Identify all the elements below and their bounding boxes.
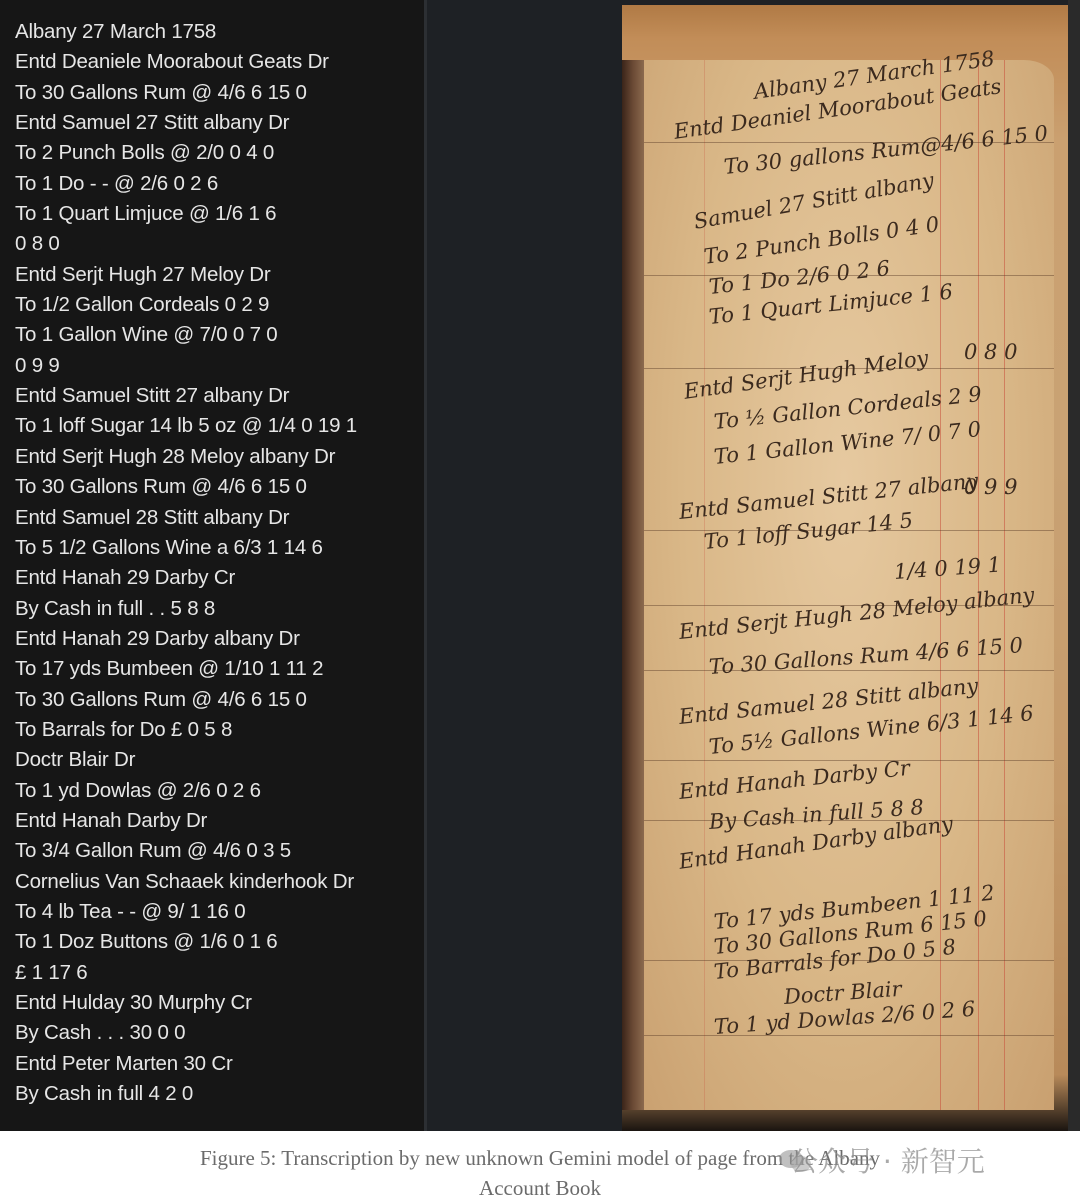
watermark: 公众号 · 新智元 xyxy=(790,1140,985,1180)
ledger-page: Albany 27 March 1758Entd Deaniel Moorabo… xyxy=(634,60,1054,1110)
transcript-line: Cornelius Van Schaaek kinderhook Dr xyxy=(15,867,357,897)
transcript-line: Entd Serjt Hugh 27 Meloy Dr xyxy=(15,260,357,290)
handwritten-line: 1/4 0 19 1 xyxy=(893,553,1002,584)
transcript-line: To 1 Doz Buttons @ 1/6 0 1 6 xyxy=(15,927,357,957)
transcript-line: By Cash . . . 30 0 0 xyxy=(15,1018,357,1048)
transcript-line: To 30 Gallons Rum @ 4/6 6 15 0 xyxy=(15,78,357,108)
transcript-line: Entd Hulday 30 Murphy Cr xyxy=(15,988,357,1018)
transcript-line: To 1 Quart Limjuce @ 1/6 1 6 xyxy=(15,199,357,229)
transcript-line: To 4 lb Tea - - @ 9/ 1 16 0 xyxy=(15,897,357,927)
transcript-line: £ 1 17 6 xyxy=(15,958,357,988)
transcript-line: To 1 yd Dowlas @ 2/6 0 2 6 xyxy=(15,776,357,806)
ledger-divider xyxy=(634,760,1054,761)
transcript-line: 0 8 0 xyxy=(15,229,357,259)
transcription-panel: Albany 27 March 1758Entd Deaniele Moorab… xyxy=(0,0,424,1131)
transcript-line: To 30 Gallons Rum @ 4/6 6 15 0 xyxy=(15,472,357,502)
transcript-line: Entd Samuel 28 Stitt albany Dr xyxy=(15,503,357,533)
handwritten-line: Entd Samuel Stitt 27 albany xyxy=(678,469,980,524)
transcript-line: 0 9 9 xyxy=(15,351,357,381)
transcript-line: Entd Hanah 29 Darby albany Dr xyxy=(15,624,357,654)
panel-divider[interactable] xyxy=(424,0,427,1131)
screenshot-area: Albany 27 March 1758Entd Deaniele Moorab… xyxy=(0,0,1080,1131)
transcript-line: Entd Hanah 29 Darby Cr xyxy=(15,563,357,593)
transcript-line: Albany 27 March 1758 xyxy=(15,17,357,47)
transcript-line: Doctr Blair Dr xyxy=(15,745,357,775)
transcript-line: By Cash in full . . 5 8 8 xyxy=(15,594,357,624)
transcript-line: Entd Deaniele Moorabout Geats Dr xyxy=(15,47,357,77)
handwritten-line: Entd Hanah Darby Cr xyxy=(678,756,911,804)
handwritten-line: 0 8 0 xyxy=(964,340,1017,364)
scrollbar-track[interactable] xyxy=(1068,0,1080,1131)
transcript-line: To 1 loff Sugar 14 lb 5 oz @ 1/4 0 19 1 xyxy=(15,411,357,441)
book-spine xyxy=(622,60,644,1110)
transcript-line: To 2 Punch Bolls @ 2/0 0 4 0 xyxy=(15,138,357,168)
transcript-line: Entd Serjt Hugh 28 Meloy albany Dr xyxy=(15,442,357,472)
handwritten-line: To 30 Gallons Rum 4/6 6 15 0 xyxy=(708,633,1024,679)
handwritten-line: Entd Serjt Hugh 28 Meloy albany xyxy=(678,583,1036,644)
transcript-line: To 3/4 Gallon Rum @ 4/6 0 3 5 xyxy=(15,836,357,866)
manuscript-photo: Albany 27 March 1758Entd Deaniel Moorabo… xyxy=(622,5,1069,1131)
transcript-line: Entd Peter Marten 30 Cr xyxy=(15,1049,357,1079)
transcript-line: To 1 Gallon Wine @ 7/0 0 7 0 xyxy=(15,320,357,350)
transcript-line: To 17 yds Bumbeen @ 1/10 1 11 2 xyxy=(15,654,357,684)
transcription-text: Albany 27 March 1758Entd Deaniele Moorab… xyxy=(15,17,357,1109)
transcript-line: To 1/2 Gallon Cordeals 0 2 9 xyxy=(15,290,357,320)
ledger-rule xyxy=(978,60,979,1110)
ledger-divider xyxy=(634,1035,1054,1036)
transcript-line: Entd Samuel Stitt 27 albany Dr xyxy=(15,381,357,411)
transcript-line: To 1 Do - - @ 2/6 0 2 6 xyxy=(15,169,357,199)
transcript-line: To 30 Gallons Rum @ 4/6 6 15 0 xyxy=(15,685,357,715)
transcript-line: By Cash in full 4 2 0 xyxy=(15,1079,357,1109)
transcript-line: To Barrals for Do £ 0 5 8 xyxy=(15,715,357,745)
ledger-divider xyxy=(634,670,1054,671)
transcript-line: Entd Samuel 27 Stitt albany Dr xyxy=(15,108,357,138)
transcript-line: Entd Hanah Darby Dr xyxy=(15,806,357,836)
transcript-line: To 5 1/2 Gallons Wine a 6/3 1 14 6 xyxy=(15,533,357,563)
